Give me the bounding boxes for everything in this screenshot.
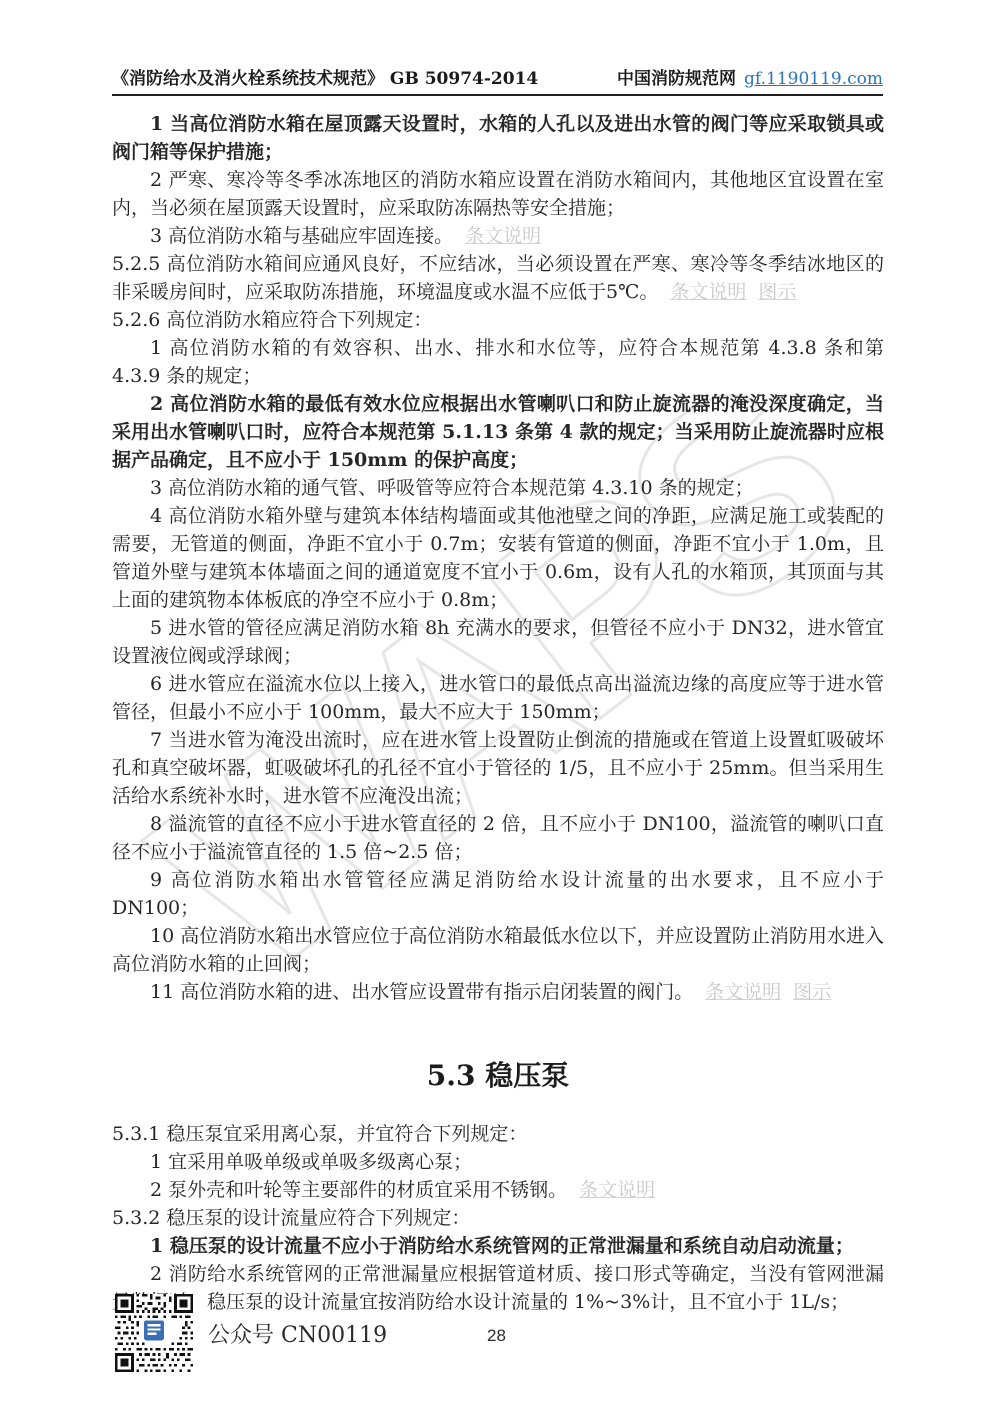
- explanation-link[interactable]: 条文说明: [705, 981, 781, 1003]
- clause-526-item5: 5 进水管的管径应满足消防水箱 8h 充满水的要求，但管径不应小于 DN32，进…: [112, 614, 884, 670]
- site-credit: 中国消防规范网gf.1190119.com: [617, 64, 883, 89]
- clause-526-item9: 9 高位消防水箱出水管管径应满足消防给水设计流量的出水要求，且不应小于 DN10…: [112, 866, 884, 922]
- figure-link[interactable]: 图示: [793, 981, 831, 1003]
- site-url-link[interactable]: gf.1190119.com: [744, 69, 883, 89]
- spec-title: 《消防给水及消火栓系统技术规范》: [112, 69, 384, 89]
- clause-526-item10: 10 高位消防水箱出水管应位于高位消防水箱最低水位以下，并应设置防止消防用水进入…: [112, 922, 884, 978]
- clause-526-item2: 2 高位消防水箱的最低有效水位应根据出水管喇叭口和防止旋流器的淹没深度确定，当采…: [112, 390, 884, 474]
- clause-526-item6: 6 进水管应在溢流水位以上接入，进水管口的最低点高出溢流边缘的高度应等于进水管管…: [112, 670, 884, 726]
- clause-531-item2: 2 泵外壳和叶轮等主要部件的材质宜采用不锈钢。条文说明: [112, 1176, 884, 1204]
- clause-532-item2: 2 消防给水系统管网的正常泄漏量应根据管道材质、接口形式等确定，当没有管网泄漏量…: [112, 1260, 884, 1316]
- clause-532: 5.3.2 稳压泵的设计流量应符合下列规定：: [112, 1204, 884, 1232]
- clause-531: 5.3.1 稳压泵宜采用离心泵，并宜符合下列规定：: [112, 1120, 884, 1148]
- standard-number: GB 50974-2014: [390, 69, 538, 89]
- figure-link[interactable]: 图示: [758, 281, 796, 303]
- clause-525: 5.2.5 高位消防水箱间应通风良好，不应结冰，当必须设置在严寒、寒冷等冬季结冰…: [112, 250, 884, 306]
- explanation-link[interactable]: 条文说明: [465, 225, 541, 247]
- clause-526: 5.2.6 高位消防水箱应符合下列规定：: [112, 306, 884, 334]
- clause-526-item4: 4 高位消防水箱外壁与建筑本体结构墙面或其他池壁之间的净距，应满足施工或装配的需…: [112, 502, 884, 614]
- clause-524-item1: 1 当高位消防水箱在屋顶露天设置时，水箱的人孔以及进出水管的阀门等应采取锁具或阀…: [112, 110, 884, 166]
- clause-526-item3: 3 高位消防水箱的通气管、呼吸管等应符合本规范第 4.3.10 条的规定；: [112, 474, 884, 502]
- clause-524-item2: 2 严寒、寒冷等冬季冰冻地区的消防水箱应设置在消防水箱间内，其他地区宜设置在室内…: [112, 166, 884, 222]
- clause-526-item1: 1 高位消防水箱的有效容积、出水、排水和水位等，应符合本规范第 4.3.8 条和…: [112, 334, 884, 390]
- section-heading-53: 5.3 稳压泵: [112, 1058, 884, 1094]
- page-number: 28: [0, 1326, 993, 1346]
- clause-524-item3: 3 高位消防水箱与基础应牢固连接。条文说明: [112, 222, 884, 250]
- clause-532-item1: 1 稳压泵的设计流量不应小于消防给水系统管网的正常泄漏量和系统自动启动流量；: [112, 1232, 884, 1260]
- document-body: 1 当高位消防水箱在屋顶露天设置时，水箱的人孔以及进出水管的阀门等应采取锁具或阀…: [112, 110, 884, 1316]
- document-title: 《消防给水及消火栓系统技术规范》 GB 50974-2014: [112, 64, 538, 89]
- document-page: WAPS 《消防给水及消火栓系统技术规范》 GB 50974-2014 中国消防…: [0, 0, 993, 1403]
- explanation-link[interactable]: 条文说明: [670, 281, 746, 303]
- clause-526-item8: 8 溢流管的直径不应小于进水管直径的 2 倍，且不应小于 DN100，溢流管的喇…: [112, 810, 884, 866]
- page-header: 《消防给水及消火栓系统技术规范》 GB 50974-2014 中国消防规范网gf…: [112, 64, 883, 96]
- explanation-link[interactable]: 条文说明: [579, 1179, 655, 1201]
- clause-531-item1: 1 宜采用单吸单级或单吸多级离心泵；: [112, 1148, 884, 1176]
- clause-526-item7: 7 当进水管为淹没出流时，应在进水管上设置防止倒流的措施或在管道上设置虹吸破坏孔…: [112, 726, 884, 810]
- clause-526-item11: 11 高位消防水箱的进、出水管应设置带有指示启闭装置的阀门。条文说明图示: [112, 978, 884, 1006]
- site-name: 中国消防规范网: [617, 69, 736, 89]
